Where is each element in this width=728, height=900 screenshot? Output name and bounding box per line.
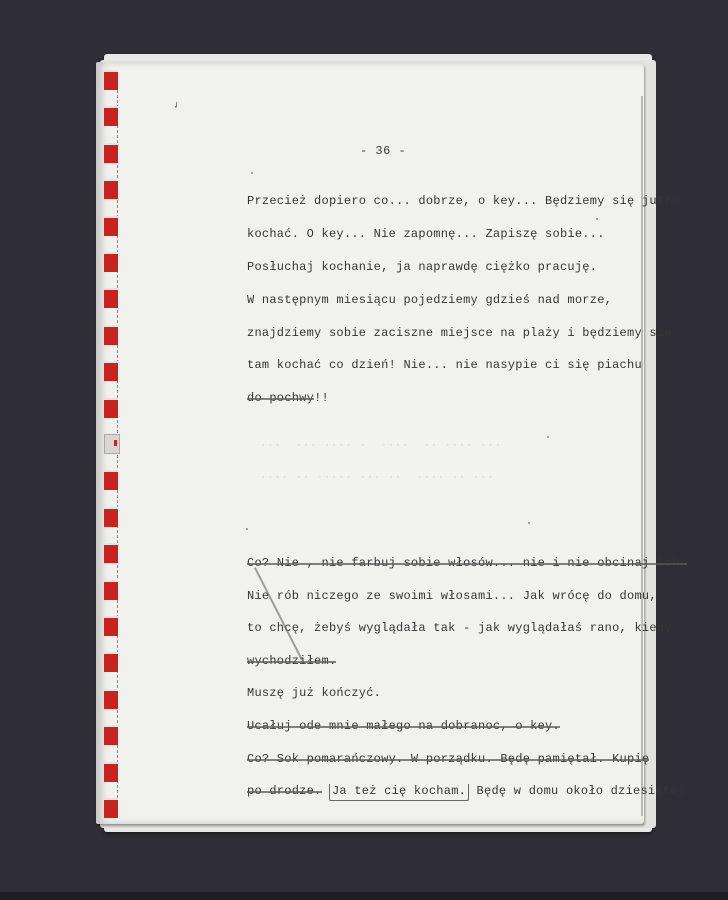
- text-line: Przecież dopiero co... dobrze, o key... …: [247, 194, 679, 208]
- binding-tab: [104, 434, 120, 454]
- text-line: W następnym miesiącu pojedziemy gdzieś n…: [247, 293, 612, 307]
- struck-text: Co? Nie , nie farbuj sobie włosów... nie…: [247, 556, 687, 570]
- binding-tab: [104, 580, 118, 600]
- struck-text: po drodze.: [247, 784, 322, 798]
- text-line: Nie rób niczego ze swoimi włosami... Jak…: [247, 589, 657, 603]
- binding-tab: [104, 543, 118, 563]
- show-through-text: ··· ··· ···· · ···· ·· ···· ···: [260, 440, 501, 452]
- struck-text: Ucałuj ode mnie małego na dobranoc, o ke…: [247, 719, 560, 733]
- binding-tab: [104, 252, 118, 272]
- binding-tab: [104, 325, 118, 345]
- struck-text: Co? Sok pomarańczowy. W porządku. Będę p…: [247, 752, 649, 766]
- text-line: tam kochać co dzień! Nie... nie nasypie …: [247, 358, 642, 372]
- binding-tab: [104, 288, 118, 308]
- speck: [547, 436, 549, 438]
- binding-tab: [104, 143, 118, 163]
- binding-tab: [104, 70, 118, 90]
- binding-tab: [104, 216, 118, 236]
- boxed-annotation: Ja też cię kocham.: [329, 784, 469, 801]
- binding-tab: [104, 179, 118, 199]
- text-line: po drodze. Ja też cię kocham. Będę w dom…: [247, 784, 685, 798]
- text-line: Muszę już kończyć.: [247, 686, 381, 700]
- binding-tab: [104, 616, 118, 636]
- binding-tab: [104, 106, 118, 126]
- binding-tab: [104, 507, 118, 527]
- speck: [246, 528, 248, 530]
- text-line: do pochwy!!: [247, 391, 329, 405]
- text-line: Co? Nie , nie farbuj sobie włosów... nie…: [247, 556, 687, 570]
- struck-text: do pochwy: [247, 391, 314, 405]
- text-line: znajdziemy sobie zaciszne miejsce na pla…: [247, 326, 672, 340]
- page-number: - 36 -: [360, 144, 410, 158]
- binding-tab: [104, 762, 118, 782]
- binding-tab: [104, 470, 118, 490]
- text-fragment: !!: [314, 391, 329, 405]
- text-line: Posłuchaj kochanie, ja naprawdę ciężko p…: [247, 260, 597, 274]
- binding-tab: [104, 689, 118, 709]
- binding-tab: [104, 361, 118, 381]
- show-through-text: ···· ·· ····· ··· ·· ···· ·· ···: [260, 472, 494, 484]
- speck: [251, 172, 253, 174]
- scanner-bottom-edge: [0, 892, 728, 900]
- struck-text: wychodziłem.: [247, 654, 336, 668]
- binding-tab: [104, 398, 118, 418]
- text-line: to chcę, żebyś wyglądała tak - jak wyglą…: [247, 621, 672, 635]
- text-line: wychodziłem.: [247, 654, 336, 668]
- text-line: kochać. O key... Nie zapomnę... Zapiszę …: [247, 227, 605, 241]
- text-line: Ucałuj ode mnie małego na dobranoc, o ke…: [247, 719, 560, 733]
- binding-tab: [104, 725, 118, 745]
- speck: [528, 522, 530, 524]
- speck: [596, 218, 598, 220]
- binding-tab: [104, 798, 118, 818]
- text-line: Co? Sok pomarańczowy. W porządku. Będę p…: [247, 752, 649, 766]
- text-fragment: Będę w domu około dziesiątej: [469, 784, 685, 798]
- binding-tab: [104, 652, 118, 672]
